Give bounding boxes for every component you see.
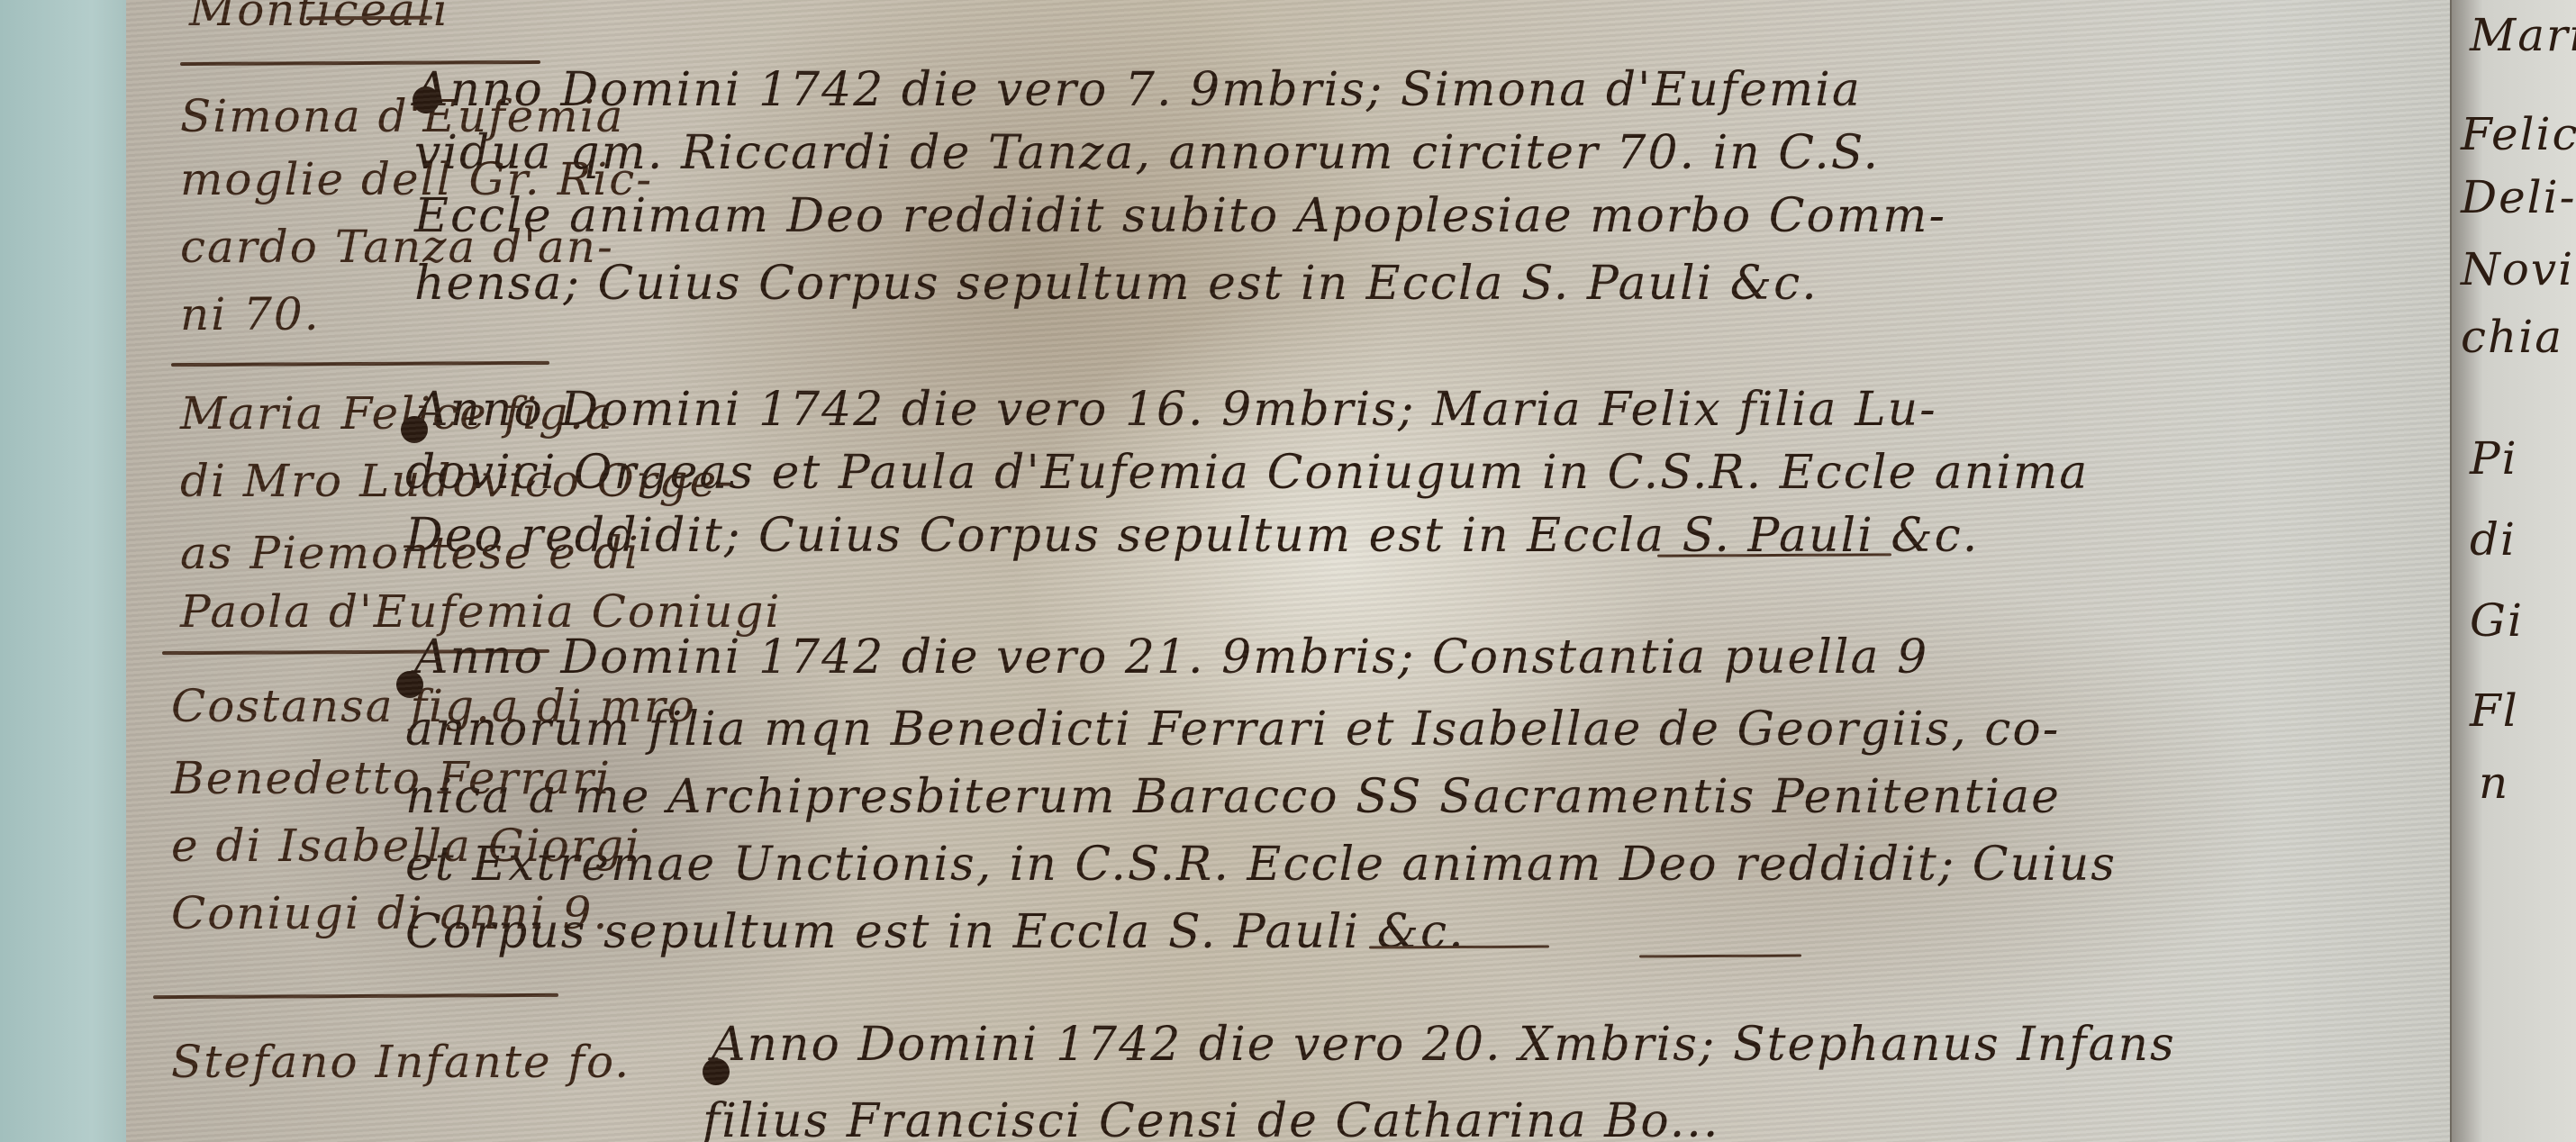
entry3-margin-line3: e di Isabella Giorgi (171, 820, 641, 872)
entry4-margin-line1: Stefano Infante fo. (171, 1036, 630, 1088)
facing-fragment: Fl (2470, 684, 2519, 737)
entry3-body-line5: Corpus sepultum est in Eccla S. Pauli &c… (405, 905, 1465, 959)
entry3-body-line2: annorum filia mqn Benedicti Ferrari et I… (405, 702, 2060, 757)
facing-fragment: Novi (2461, 243, 2574, 295)
entry3-body-line1: Anno Domini 1742 die vero 21. 9mbris; Co… (414, 630, 1928, 684)
entry1-body-line2: vidua qm. Riccardi de Tanza, annorum cir… (414, 126, 1880, 180)
ink-blot (413, 86, 440, 113)
facing-fragment: di (2470, 513, 2517, 566)
entry2-body-line3: Deo reddidit; Cuius Corpus sepultum est … (405, 509, 1979, 563)
top-dash (306, 16, 432, 21)
margin-top-fragment: Monticeali (189, 0, 449, 36)
facing-fragment: n (2479, 757, 2509, 809)
entry1-body-line1: Anno Domini 1742 die vero 7. 9mbris; Sim… (414, 63, 1862, 117)
entry3-margin-line2: Benedetto Ferrari (171, 752, 612, 804)
facing-page-edge: Mari Felic Deli- Novi chia Pi di Gi Fl n (2450, 0, 2576, 1142)
entry2-margin-line4: Paola d'Eufemia Coniugi (180, 585, 781, 638)
entry2-end-rule (1657, 553, 1891, 557)
margin-rule-1 (180, 60, 540, 66)
entry3-end-rule-a (1369, 945, 1549, 948)
entry1-margin-line2: moglie dell Gr. Ric- (180, 153, 653, 205)
entry2-margin-line1: Maria Felice fig.a (180, 387, 614, 440)
facing-fragment: Mari (2470, 9, 2576, 61)
entry3-body-line3: nica a me Archipresbiterum Baracco SS Sa… (405, 770, 2061, 824)
margin-rule-4 (153, 993, 558, 999)
entry2-margin-line3: as Piemontese e di (180, 527, 640, 579)
entry2-body-line1: Anno Domini 1742 die vero 16. 9mbris; Ma… (414, 383, 1937, 437)
entry1-body-line4: hensa; Cuius Corpus sepultum est in Eccl… (414, 257, 1819, 311)
entry1-body-line3: Eccle animam Deo reddidit subito Apoples… (414, 189, 1946, 243)
facing-fragment: Pi (2470, 432, 2518, 485)
entry4-body-line1: Anno Domini 1742 die vero 20. Xmbris; St… (712, 1018, 2176, 1072)
margin-rule-3 (162, 649, 549, 655)
entry3-body-line4: et Extremae Unctionis, in C.S.R. Eccle a… (405, 838, 2117, 892)
entry2-body-line2: dovici Orgeas et Paula d'Eufemia Coniugu… (405, 446, 2089, 500)
facing-fragment: Gi (2470, 594, 2524, 647)
ink-blot (401, 416, 428, 443)
facing-fragment: Deli- (2461, 171, 2576, 223)
register-page: Monticeali Simona d'Eufemia moglie dell … (126, 0, 2495, 1142)
facing-fragment: Felic (2461, 108, 2576, 160)
facing-fragment: chia (2461, 311, 2563, 363)
entry2-margin-line2: di Mro Ludovico Orge- (180, 455, 735, 507)
ink-blot (703, 1058, 730, 1085)
entry3-margin-line1: Costansa fig.a di mro (171, 680, 696, 732)
entry4-body-line2: filius Francisci Censi de Catharina Bo..… (703, 1094, 1719, 1142)
entry3-end-rule-b (1639, 955, 1801, 958)
entry1-margin-line3: cardo Tanza d'an- (180, 221, 614, 273)
margin-rule-2 (171, 361, 549, 367)
entry1-margin-line4: ni 70. (180, 288, 321, 340)
entry1-margin-line1: Simona d'Eufemia (180, 90, 624, 142)
ink-blot (396, 671, 423, 698)
entry3-margin-line4: Coniugi di anni 9. (171, 887, 609, 939)
